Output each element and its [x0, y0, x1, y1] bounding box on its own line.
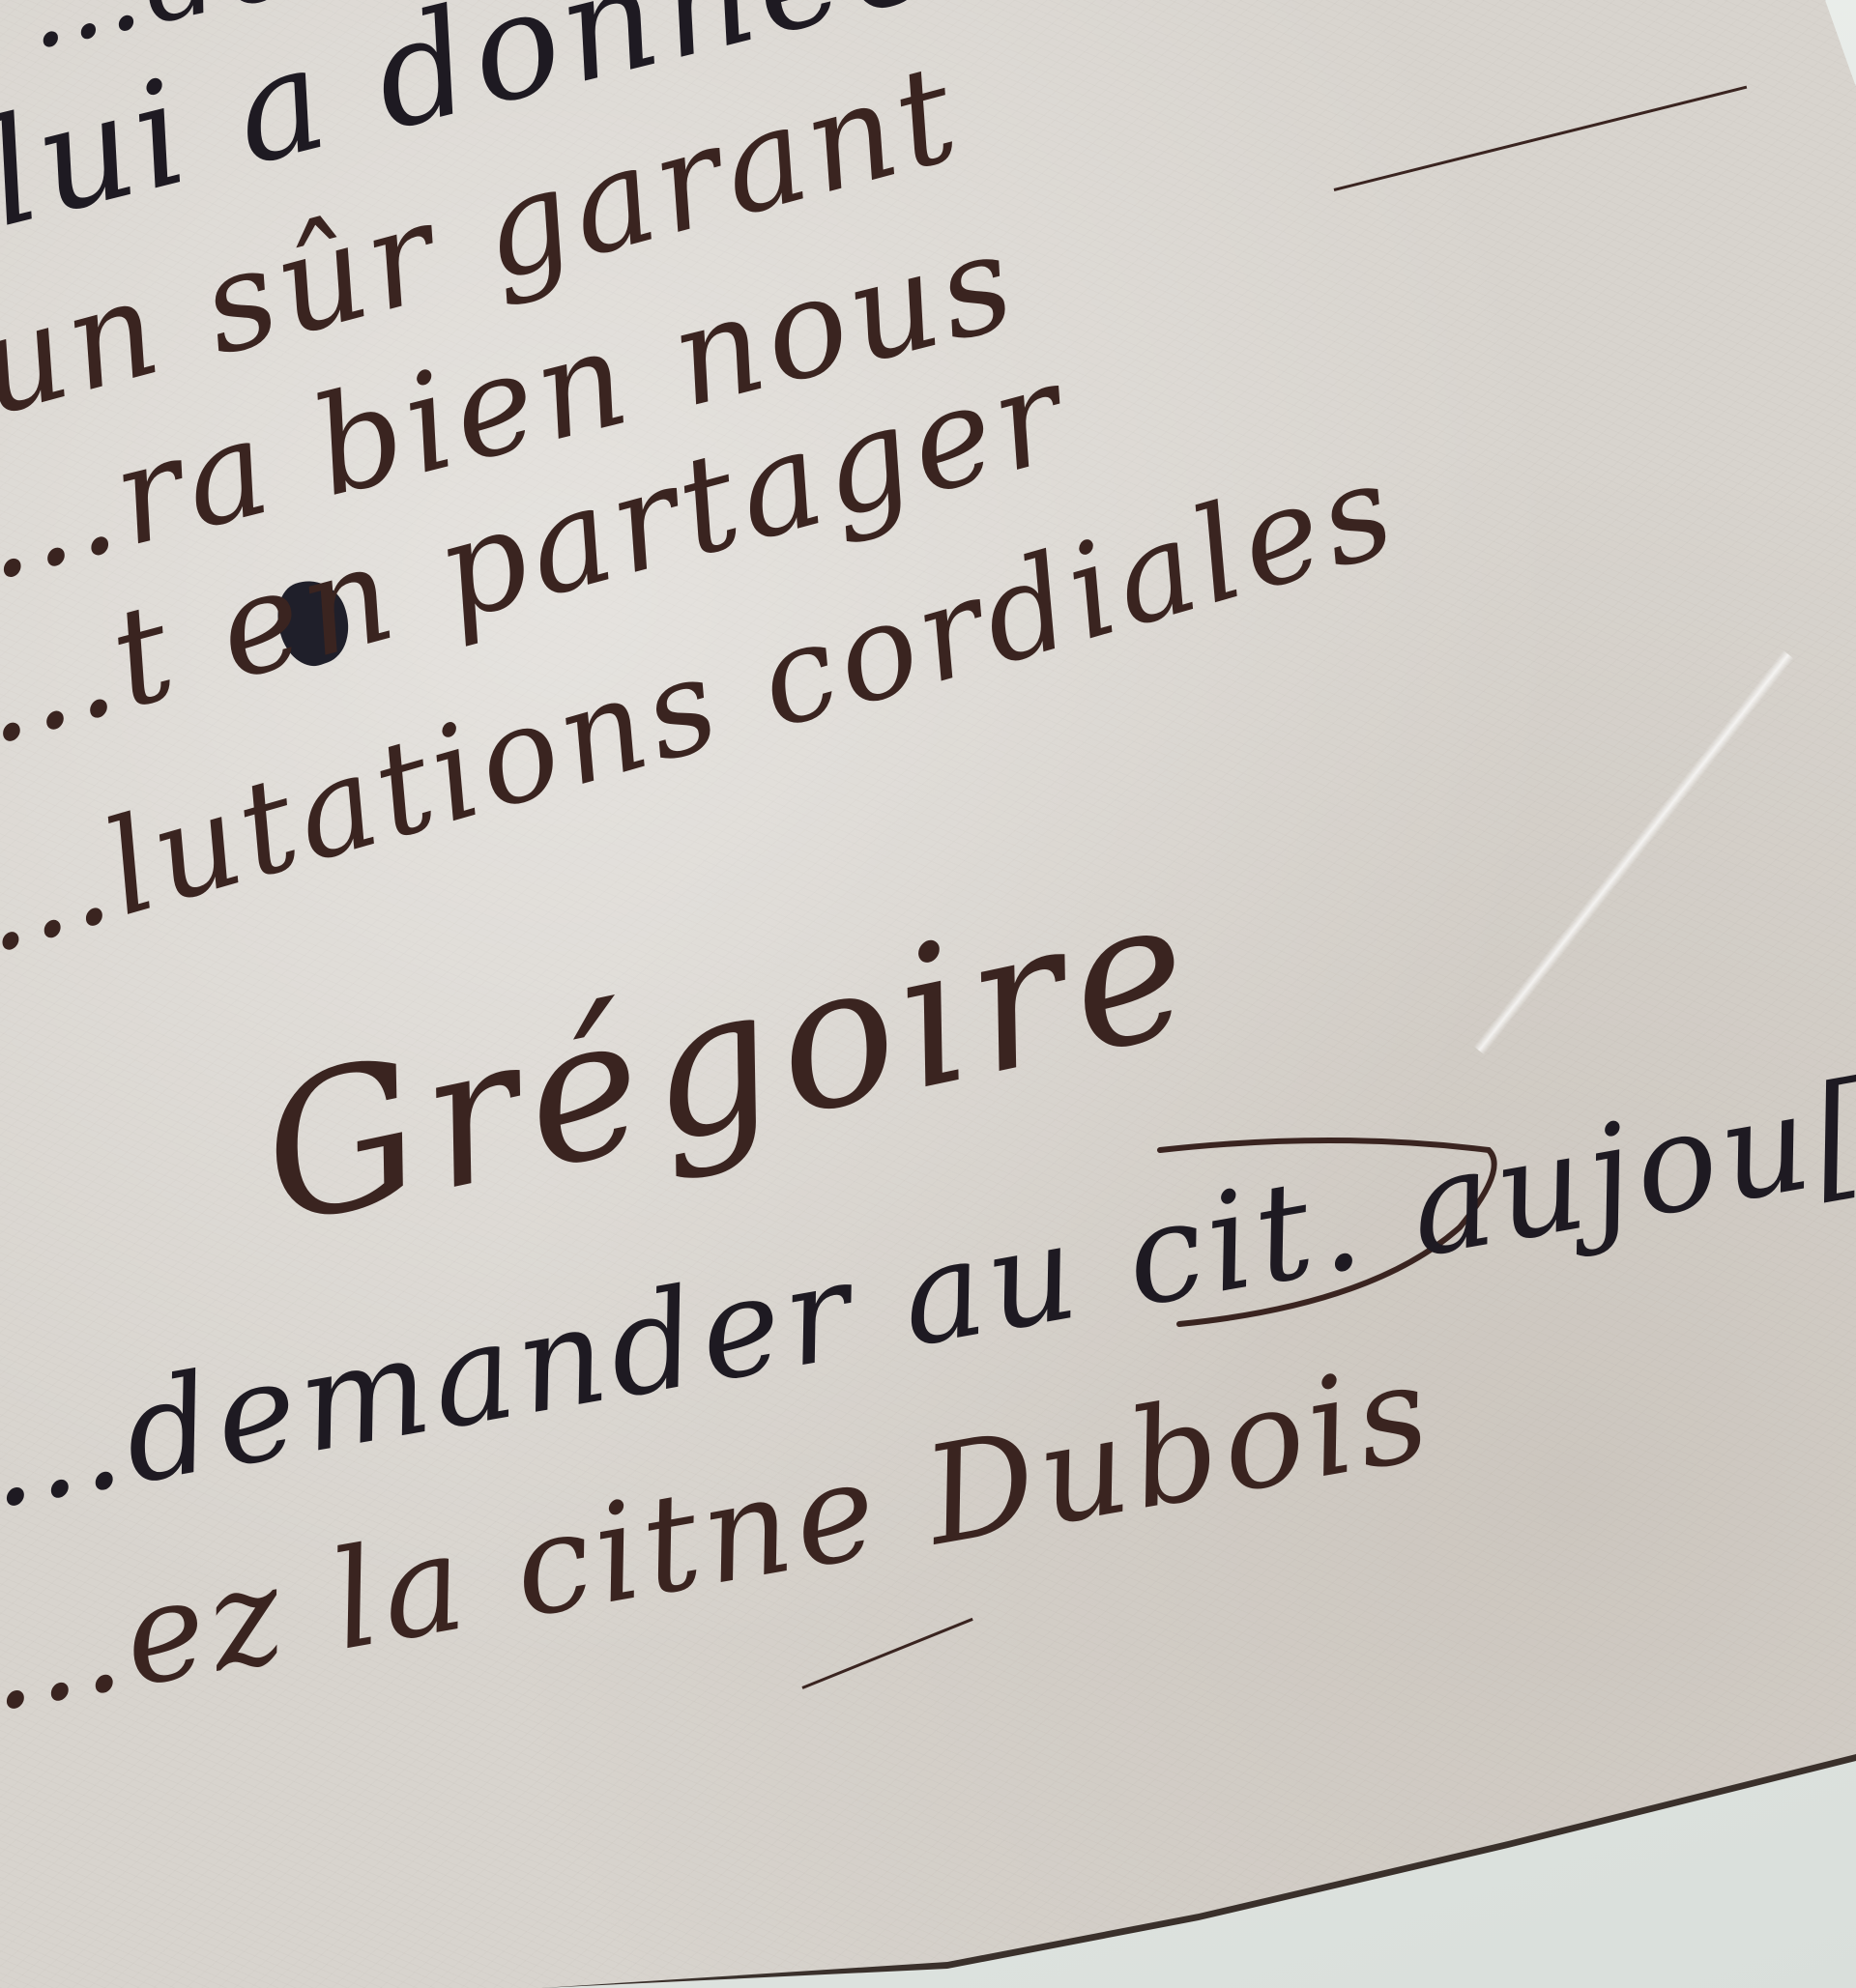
- trailing-dash-line: [1334, 86, 1748, 191]
- underline-dash: [801, 1618, 972, 1689]
- paper-crease: [1473, 650, 1793, 1054]
- letter-paper: …données… lui a données un sûr garant …r…: [0, 0, 1856, 1988]
